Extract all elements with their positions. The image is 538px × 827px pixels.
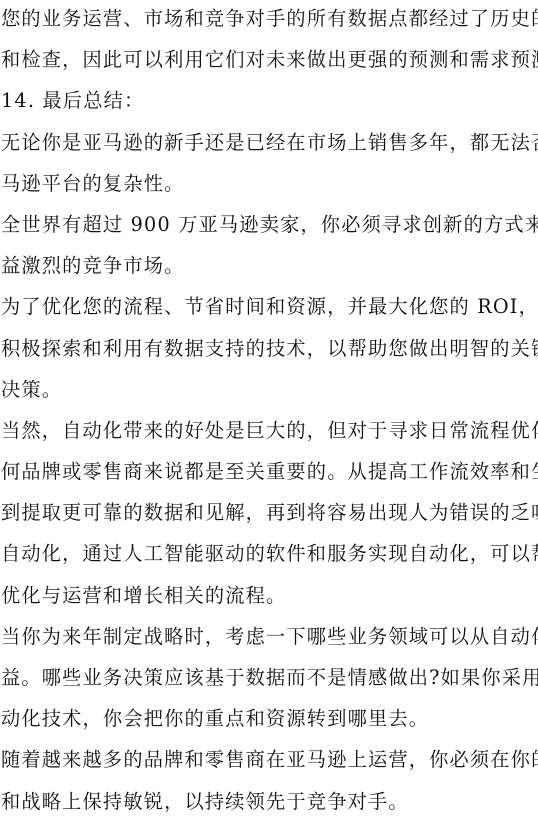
text-line: 到提取更可靠的数据和见解，再到将容易出现人为错误的乏味任务 [1,492,538,533]
text-line: 随着越来越多的品牌和零售商在亚马逊上运营，你必须在你的技术 [1,739,538,780]
text-line: 无论你是亚马逊的新手还是已经在市场上销售多年，都无法否认亚 [1,122,538,163]
text-line: 为了优化您的流程、节省时间和资源，并最大化您的 ROI，您必须 [1,286,538,327]
text-line: 和战略上保持敏锐，以持续领先于竞争对手。 [1,781,538,822]
text-line: 和检查，因此可以利用它们对未来做出更强的预测和需求预测 [1,39,538,80]
text-line: 当你为来年制定战略时，考虑一下哪些业务领域可以从自动化中受 [1,616,538,657]
paragraph-strategy-planning: 当你为来年制定战略时，考虑一下哪些业务领域可以从自动化中受 益。哪些业务决策应该… [1,616,538,740]
text-line: 积极探索和利用有数据支持的技术，以帮助您做出明智的关键业务 [1,328,538,369]
text-line: 全世界有超过 900 万亚马逊卖家，你必须寻求创新的方式来应对日 [1,204,538,245]
text-line: 您的业务运营、市场和竞争对手的所有数据点都经过了历史的考虑 [1,0,538,39]
paragraph-stay-ahead: 随着越来越多的品牌和零售商在亚马逊上运营，你必须在你的技术 和战略上保持敏锐，以… [1,739,538,821]
paragraph-amazon-complexity: 无论你是亚马逊的新手还是已经在市场上销售多年，都无法否认亚 马逊平台的复杂性。 [1,122,538,204]
text-line: 优化与运营和增长相关的流程。 [1,575,538,616]
text-line: 益。哪些业务决策应该基于数据而不是情感做出?如果你采用了自 [1,657,538,698]
paragraph-optimize-roi: 为了优化您的流程、节省时间和资源，并最大化您的 ROI，您必须 积极探索和利用有… [1,286,538,410]
document-body: 您的业务运营、市场和竞争对手的所有数据点都经过了历史的考虑 和检查，因此可以利用… [0,0,538,822]
text-line: 动化技术，你会把你的重点和资源转到哪里去。 [1,698,538,739]
paragraph-forecasting: 您的业务运营、市场和竞争对手的所有数据点都经过了历史的考虑 和检查，因此可以利用… [1,0,538,80]
text-line: 益激烈的竞争市场。 [1,245,538,286]
heading-text: 14. 最后总结： [1,80,538,121]
text-line: 决策。 [1,369,538,410]
paragraph-automation-benefits: 当然，自动化带来的好处是巨大的，但对于寻求日常流程优化的任 何品牌或零售商来说都… [1,410,538,616]
text-line: 当然，自动化带来的好处是巨大的，但对于寻求日常流程优化的任 [1,410,538,451]
text-line: 何品牌或零售商来说都是至关重要的。从提高工作流效率和生产率， [1,451,538,492]
text-line: 自动化，通过人工智能驱动的软件和服务实现自动化，可以帮助您 [1,533,538,574]
paragraph-sellers-count: 全世界有超过 900 万亚马逊卖家，你必须寻求创新的方式来应对日 益激烈的竞争市… [1,204,538,286]
section-heading-final-summary: 14. 最后总结： [1,80,538,121]
text-line: 马逊平台的复杂性。 [1,163,538,204]
